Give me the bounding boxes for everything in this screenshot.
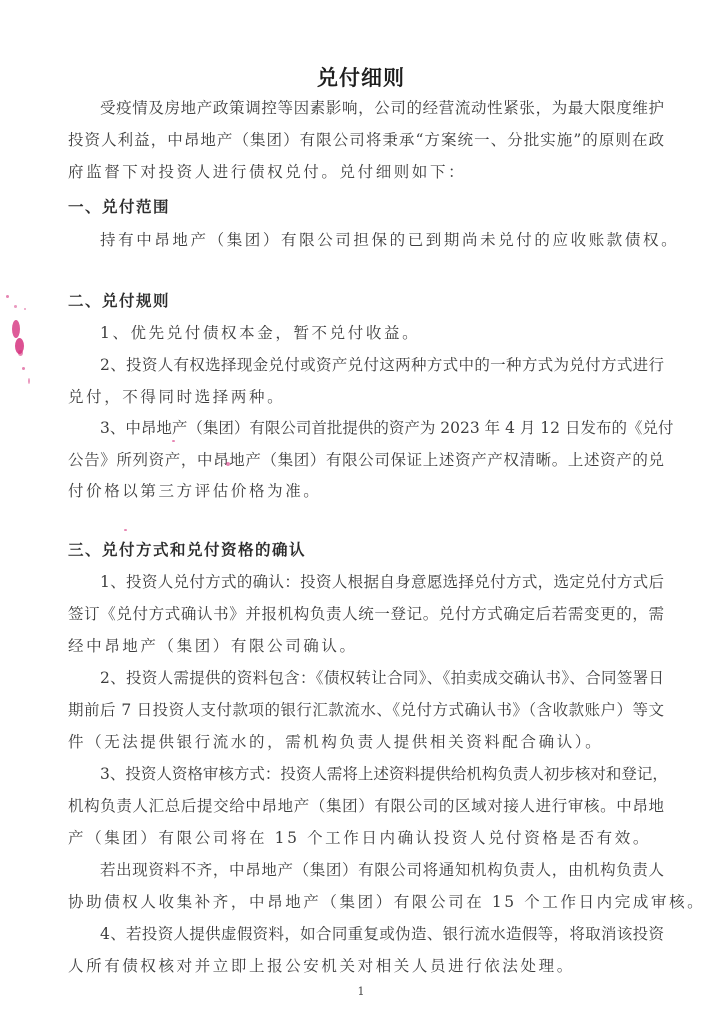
- item-4-line-1: 4、若投资人提供虚假资料，如合同重复或伪造、银行流水造假等，将取消该投资: [100, 924, 664, 944]
- rule-1: 1、优先兑付债权本金，暂不兑付收益。: [100, 323, 664, 343]
- rule-3-line-2: 公告》所列资产，中昂地产（集团）有限公司保证上述资产产权清晰。上述资产的兑: [68, 450, 664, 470]
- item-3b-line-2: 协助债权人收集补齐，中昂地产（集团）有限公司在 15 个工作日内完成审核。: [68, 892, 664, 912]
- item-3-line-3: 产（集团）有限公司将在 15 个工作日内确认投资人兑付资格是否有效。: [68, 828, 664, 848]
- item-3b-line-1: 若出现资料不齐，中昂地产（集团）有限公司将通知机构负责人，由机构负责人: [100, 860, 664, 880]
- document-title: 兑付细则: [0, 62, 722, 92]
- item-2-line-1: 2、投资人需提供的资料包含：《债权转让合同》、《拍卖成交确认书》、合同签署日: [100, 668, 664, 688]
- intro-line-2: 投资人利益，中昂地产（集团）有限公司将秉承“方案统一、分批实施”的原则在政: [68, 130, 664, 150]
- section-3-heading: 三、兑付方式和兑付资格的确认: [68, 540, 664, 560]
- rule-3-line-3: 付价格以第三方评估价格为准。: [68, 481, 664, 501]
- rule-2-line-2: 兑付，不得同时选择两种。: [68, 387, 664, 407]
- item-4-line-2: 人所有债权核对并立即上报公安机关对相关人员进行依法处理。: [68, 956, 664, 976]
- item-3-line-1: 3、投资人资格审核方式：投资人需将上述资料提供给机构负责人初步核对和登记，: [100, 764, 664, 784]
- item-1-line-3: 经中昂地产（集团）有限公司确认。: [68, 636, 664, 656]
- rule-2-line-1: 2、投资人有权选择现金兑付或资产兑付这两种方式中的一种方式为兑付方式进行: [100, 355, 664, 375]
- section-2-heading: 二、兑付规则: [68, 291, 664, 311]
- item-1-line-1: 1、投资人兑付方式的确认：投资人根据自身意愿选择兑付方式，选定兑付方式后: [100, 572, 664, 592]
- rule-3-line-1: 3、中昂地产（集团）有限公司首批提供的资产为 2023 年 4 月 12 日发布…: [100, 418, 664, 438]
- section-1-para-1: 持有中昂地产（集团）有限公司担保的已到期尚未兑付的应收账款债权。: [100, 230, 664, 250]
- item-1-line-2: 签订《兑付方式确认书》并报机构负责人统一登记。兑付方式确定后若需变更的，需: [68, 604, 664, 624]
- intro-line-3: 府监督下对投资人进行债权兑付。兑付细则如下：: [68, 162, 664, 182]
- item-2-line-3: 件（无法提供银行流水的，需机构负责人提供相关资料配合确认）。: [68, 732, 664, 752]
- intro-line-1: 受疫情及房地产政策调控等因素影响，公司的经营流动性紧张，为最大限度维护: [100, 98, 664, 118]
- item-3-line-2: 机构负责人汇总后提交给中昂地产（集团）有限公司的区域对接人进行审核。中昂地: [68, 796, 664, 816]
- document-page: 兑付细则 受疫情及房地产政策调控等因素影响，公司的经营流动性紧张，为最大限度维护…: [0, 0, 722, 1028]
- item-2-line-2: 期前后 7 日投资人支付款项的银行汇款流水、《兑付方式确认书》（含收款账户）等文: [68, 700, 664, 720]
- section-1-heading: 一、兑付范围: [68, 197, 664, 217]
- page-number: 1: [0, 985, 722, 998]
